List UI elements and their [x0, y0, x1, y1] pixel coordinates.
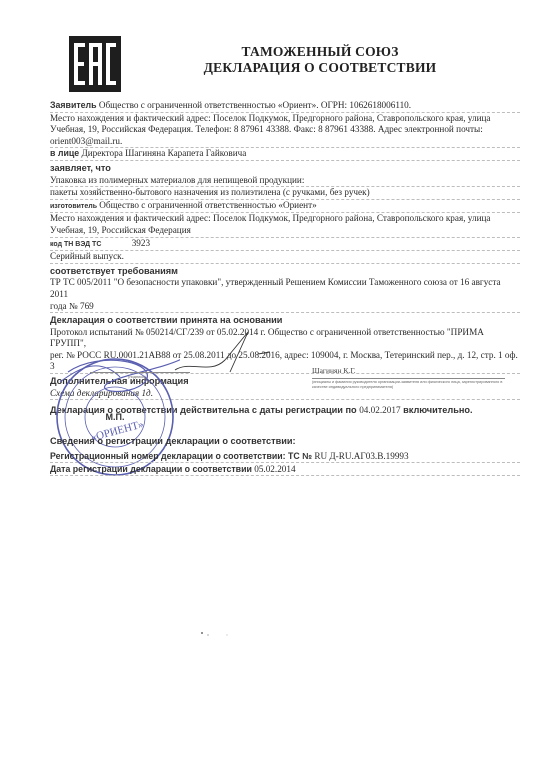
handwritten-signature [170, 330, 280, 380]
title-declaration: ДЕКЛАРАЦИЯ О СООТВЕТСТВИИ [160, 60, 480, 76]
validity-suffix: включительно. [403, 405, 472, 415]
applicant-row: Заявитель Общество с ограниченной ответс… [50, 100, 520, 113]
applicant-address-line1: Место нахождения и фактический адрес: По… [50, 113, 520, 125]
scan-specks [200, 630, 230, 638]
signer-name: Шагинян К.Г. [312, 366, 356, 375]
conforms-line1: ТР ТС 005/2011 "О безопасности упаковки"… [50, 277, 520, 300]
conforms-line2: года № 769 [50, 301, 520, 314]
signature-caption: (подпись) [128, 374, 146, 379]
product-line2: пакеты хозяйственно-бытового назначения … [50, 187, 520, 200]
basis-line1: Протокол испытаний № 050214/СГ/239 от 05… [50, 327, 520, 350]
eac-logo [69, 36, 121, 92]
hs-code-label: код ТН ВЭД ТС [50, 241, 101, 248]
registration-date-row: Дата регистрации декларации о соответств… [50, 463, 520, 476]
registration-number-label: Регистрационный номер декларации о соотв… [50, 451, 312, 461]
registration-heading: Сведения о регистрации декларации о соот… [50, 433, 520, 447]
signer-caption: (инициалы и фамилия руководителя организ… [312, 380, 512, 390]
registration-date-value: 05.02.2014 [254, 464, 295, 474]
hs-code-row: код ТН ВЭД ТС 3923 [50, 238, 520, 252]
manufacturer-address-line2: Учебная, 19, Российская Федерация [50, 225, 520, 238]
represented-row: в лице Директора Шагиняна Карапета Гайко… [50, 148, 520, 161]
svg-text:М.П.: М.П. [106, 412, 125, 422]
manufacturer-address-line1: Место нахождения и фактический адрес: По… [50, 213, 520, 225]
product-line1: Упаковка из полимерных материалов для не… [50, 175, 520, 188]
eac-mark-icon [72, 40, 118, 88]
signer-name-line [312, 378, 505, 379]
conforms-label: соответствует требованиям [50, 264, 520, 278]
title-union: ТАМОЖЕННЫЙ СОЮЗ [160, 44, 480, 60]
applicant-name: Общество с ограниченной ответственностью… [99, 100, 411, 110]
represented-label: в лице [50, 148, 79, 158]
manufacturer-name: Общество с ограниченной ответственностью… [99, 200, 316, 210]
registration-number-row: Регистрационный номер декларации о соотв… [50, 450, 520, 463]
registration-date-label: Дата регистрации декларации о соответств… [50, 464, 252, 474]
registration-number-value: RU Д-RU.АГ03.В.19993 [314, 451, 408, 461]
production-type: Серийный выпуск. [50, 251, 520, 264]
manufacturer-label: изготовитель [50, 203, 97, 210]
document-title: ТАМОЖЕННЫЙ СОЮЗ ДЕКЛАРАЦИЯ О СООТВЕТСТВИ… [160, 44, 480, 76]
hs-code-value: 3923 [132, 238, 150, 250]
applicant-label: Заявитель [50, 100, 97, 110]
represented-value: Директора Шагиняна Карапета Гайковича [81, 148, 246, 158]
basis-label: Декларация о соответствии принята на осн… [50, 313, 520, 327]
validity-date: 04.02.2017 [359, 405, 400, 415]
applicant-email: orient003@mail.ru. [50, 136, 520, 149]
applicant-address-line2: Учебная, 19, Российская Федерация. Телеф… [50, 124, 520, 136]
registration-section: Сведения о регистрации декларации о соот… [50, 433, 520, 476]
declares-label: заявляет, что [50, 161, 520, 175]
manufacturer-row: изготовитель Общество с ограниченной отв… [50, 200, 520, 214]
